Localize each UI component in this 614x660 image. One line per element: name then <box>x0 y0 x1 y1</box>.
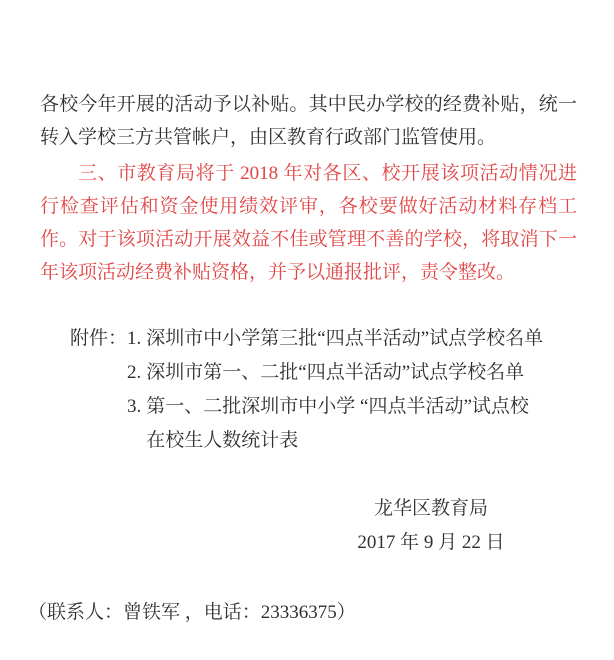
attachment-item-text: 深圳市中小学第三批“四点半活动”试点学校名单 <box>146 322 543 356</box>
attachment-item-text-continuation: 在校生人数统计表 <box>146 424 529 458</box>
contact-line: （联系人：曾铁军 ，电话：23336375） <box>28 601 356 625</box>
attachment-item: 1. 深圳市中小学第三批“四点半活动”试点学校名单 <box>127 322 543 356</box>
body-paragraph-carryover: 各校今年开展的活动予以补贴。其中民办学校的经费补贴，统一 转入学校三方共管帐户，… <box>40 88 577 154</box>
paragraph-line: 三、市教育局将于 2018 年对各区、校开展该项活动情况进 <box>40 157 577 190</box>
attachment-item: 3. 第一、二批深圳市中小学 “四点半活动”试点校 在校生人数统计表 <box>127 390 543 458</box>
attachment-item-text: 第一、二批深圳市中小学 “四点半活动”试点校 <box>146 390 529 424</box>
body-paragraph-red-item3: 三、市教育局将于 2018 年对各区、校开展该项活动情况进 行检查评估和资金使用… <box>40 157 577 289</box>
attachments-label: 附件： <box>70 322 127 356</box>
document-page: 各校今年开展的活动予以补贴。其中民办学校的经费补贴，统一 转入学校三方共管帐户，… <box>0 0 614 660</box>
attachment-item-number: 3. <box>127 390 141 424</box>
attachments-block: 附件： 1. 深圳市中小学第三批“四点半活动”试点学校名单 2. 深圳市第一、二… <box>70 322 543 458</box>
attachment-item-number: 2. <box>127 356 141 390</box>
paragraph-line: 各校今年开展的活动予以补贴。其中民办学校的经费补贴，统一 <box>40 88 577 121</box>
attachment-item-number: 1. <box>127 322 141 356</box>
paragraph-line: 作。对于该项活动开展效益不佳或管理不善的学校，将取消下一 <box>40 223 577 256</box>
paragraph-line: 行检查评估和资金使用绩效评审，各校要做好活动材料存档工 <box>40 190 577 223</box>
attachments-list: 1. 深圳市中小学第三批“四点半活动”试点学校名单 2. 深圳市第一、二批“四点… <box>127 322 543 458</box>
attachment-item-text: 深圳市第一、二批“四点半活动”试点学校名单 <box>146 356 524 390</box>
signature-date: 2017 年 9 月 22 日 <box>320 526 542 560</box>
attachment-item: 2. 深圳市第一、二批“四点半活动”试点学校名单 <box>127 356 543 390</box>
signature-org: 龙华区教育局 <box>320 492 542 526</box>
paragraph-line: 年该项活动经费补贴资格，并予以通报批评，责令整改。 <box>40 256 577 289</box>
paragraph-line: 转入学校三方共管帐户，由区教育行政部门监管使用。 <box>40 121 577 154</box>
signature-block: 龙华区教育局 2017 年 9 月 22 日 <box>320 492 542 560</box>
